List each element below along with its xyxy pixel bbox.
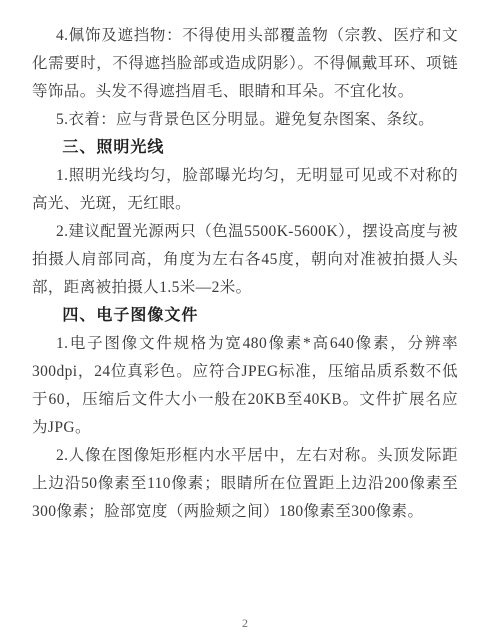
paragraph-lighting-rule-2: 2.建议配置光源两只（色温5500K-5600K），摆设高度与被拍摄人肩部同高，… — [32, 218, 458, 302]
document-page: 4.佩饰及遮挡物：不得使用头部覆盖物（宗教、医疗和文化需要时，不得遮挡脸部或造成… — [0, 0, 503, 641]
page-number: 2 — [32, 615, 458, 631]
heading-lighting-section: 三、照明光线 — [32, 134, 458, 162]
paragraph-clothing-rule: 5.衣着：应与背景色区分明显。避免复杂图案、条纹。 — [32, 106, 458, 134]
heading-image-file-section: 四、电子图像文件 — [32, 302, 458, 330]
paragraph-image-file-rule-2: 2.人像在图像矩形框内水平居中，左右对称。头顶发际距上边沿50像素至110像素；… — [32, 442, 458, 526]
document-body: 4.佩饰及遮挡物：不得使用头部覆盖物（宗教、医疗和文化需要时，不得遮挡脸部或造成… — [32, 22, 458, 526]
paragraph-image-file-rule-1: 1.电子图像文件规格为宽480像素*高640像素，分辨率300dpi，24位真彩… — [32, 330, 458, 442]
paragraph-lighting-rule-1: 1.照明光线均匀，脸部曝光均匀，无明显可见或不对称的高光、光斑，无红眼。 — [32, 162, 458, 218]
paragraph-accessories-rule: 4.佩饰及遮挡物：不得使用头部覆盖物（宗教、医疗和文化需要时，不得遮挡脸部或造成… — [32, 22, 458, 106]
